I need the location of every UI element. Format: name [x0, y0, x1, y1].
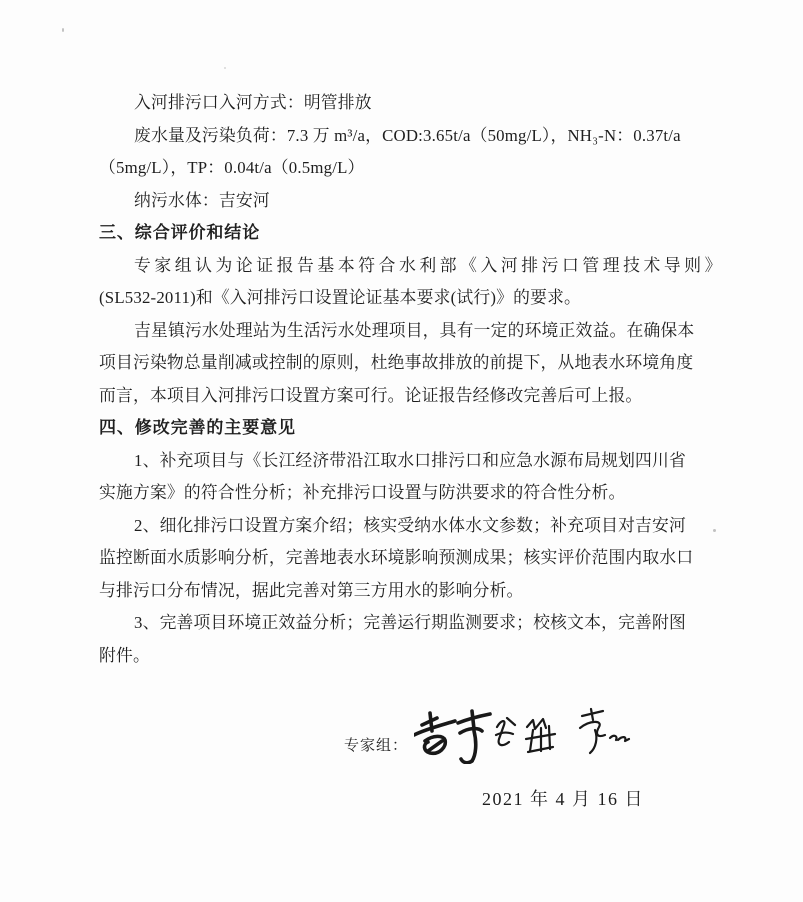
- document-line: 附件。: [99, 640, 699, 673]
- document-line: 三、综合评价和结论: [99, 217, 699, 250]
- signature-handwriting-1: [414, 708, 492, 764]
- document-line: 监控断面水质影响分析，完善地表水环境影响预测成果；核实评价范围内取水口: [99, 542, 699, 575]
- expert-group-label: 专家组：: [344, 734, 408, 755]
- document-line: 纳污水体：吉安河: [99, 185, 699, 218]
- signature-handwriting-3: [576, 707, 632, 755]
- signature-handwriting-2: [492, 714, 562, 756]
- document-line: 项目污染物总量削减或控制的原则，杜绝事故排放的前提下，从地表水环境角度: [99, 347, 699, 380]
- document-line: 3、完善项目环境正效益分析；完善运行期监测要求；校核文本，完善附图: [99, 607, 699, 640]
- scan-speck: [62, 28, 64, 32]
- scan-speck: [713, 529, 716, 532]
- document-line: （5mg/L），TP：0.04t/a（0.5mg/L）: [99, 152, 699, 185]
- document-line: 四、修改完善的主要意见: [99, 412, 699, 445]
- document-line: 入河排污口入河方式：明管排放: [99, 87, 699, 120]
- document-line: 1、补充项目与《长江经济带沿江取水口排污口和应急水源布局规划四川省: [99, 445, 699, 478]
- document-line: 2、细化排污口设置方案介绍；核实受纳水体水文参数；补充项目对吉安河: [99, 510, 699, 543]
- document-line: 专家组认为论证报告基本符合水利部《入河排污口管理技术导则》: [99, 250, 699, 283]
- document-page: 入河排污口入河方式：明管排放废水量及污染负荷：7.3 万 m³/a，COD:3.…: [0, 0, 803, 902]
- document-body: 入河排污口入河方式：明管排放废水量及污染负荷：7.3 万 m³/a，COD:3.…: [99, 87, 699, 672]
- scan-speck: [224, 67, 226, 69]
- document-line: 与排污口分布情况，据此完善对第三方用水的影响分析。: [99, 575, 699, 608]
- date-line: 2021 年 4 月 16 日: [482, 785, 644, 811]
- document-line: 实施方案》的符合性分析；补充排污口设置与防洪要求的符合性分析。: [99, 477, 699, 510]
- document-line: 而言，本项目入河排污口设置方案可行。论证报告经修改完善后可上报。: [99, 380, 699, 413]
- document-line: 吉星镇污水处理站为生活污水处理项目，具有一定的环境正效益。在确保本: [99, 315, 699, 348]
- document-line: 废水量及污染负荷：7.3 万 m³/a，COD:3.65t/a（50mg/L），…: [99, 120, 699, 153]
- document-line: (SL532-2011)和《入河排污口设置论证基本要求(试行)》的要求。: [99, 282, 699, 315]
